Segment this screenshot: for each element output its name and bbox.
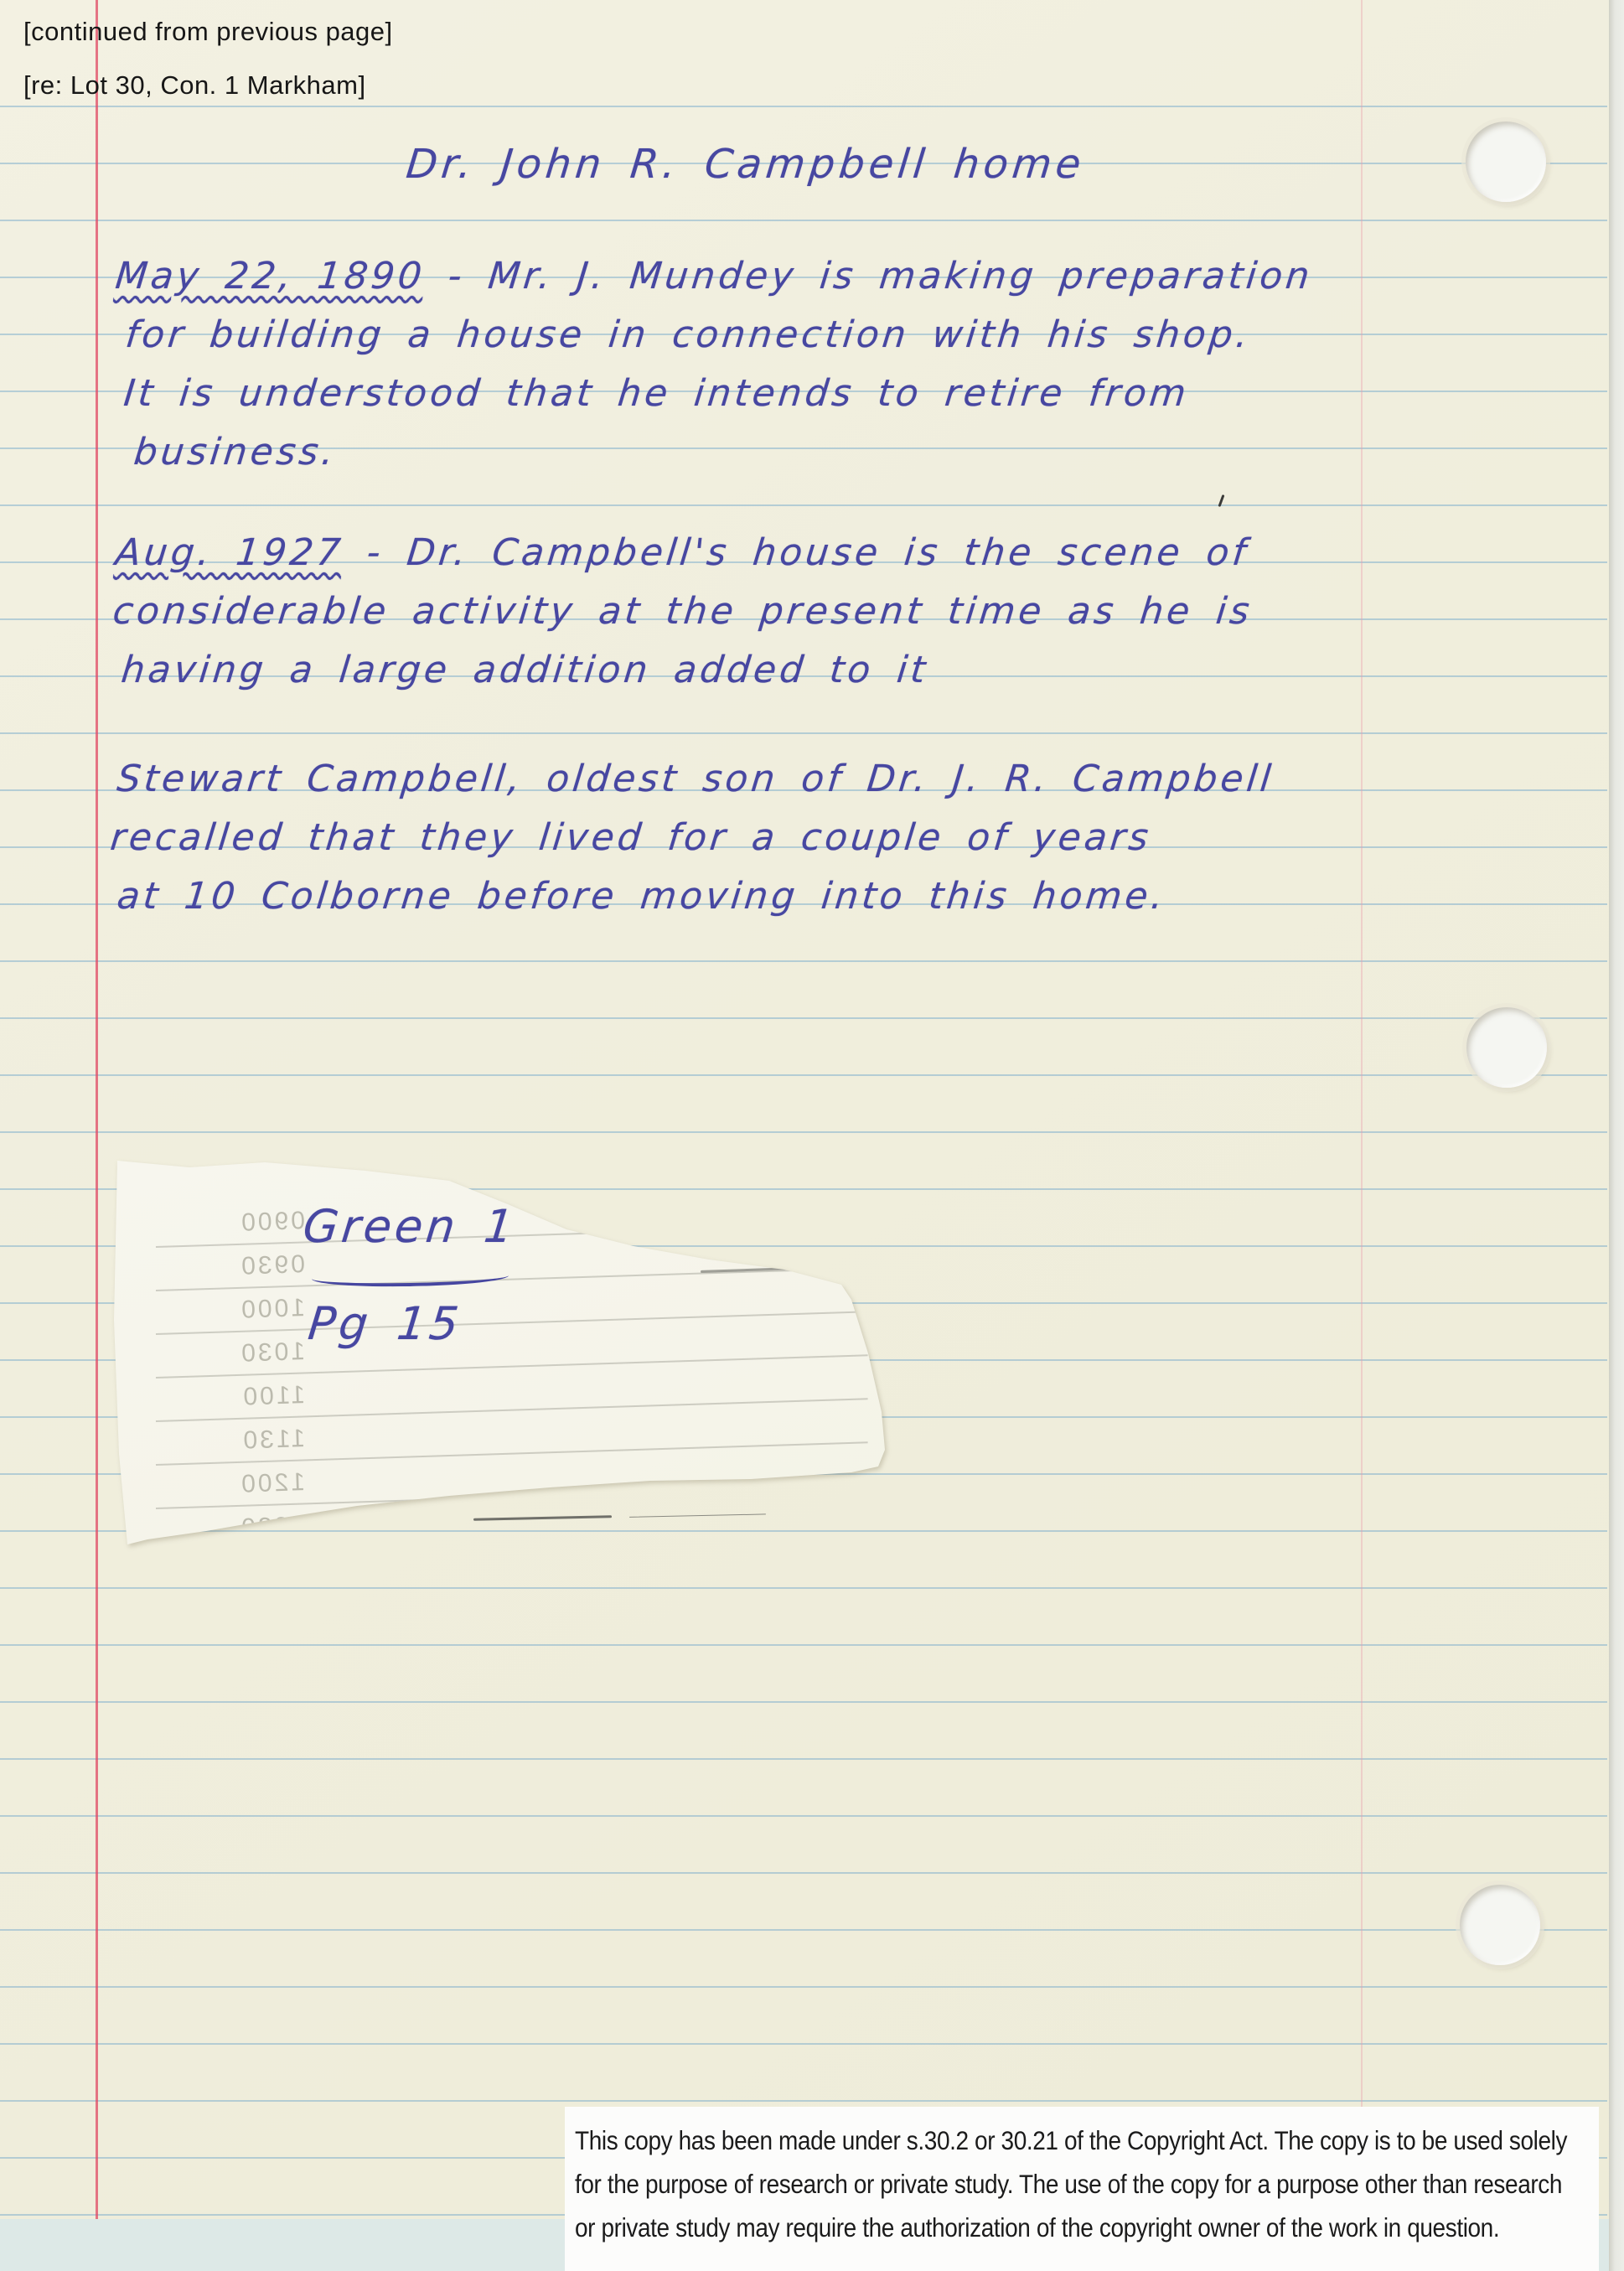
note-label-green: Green 1	[301, 1204, 519, 1249]
mirrored-time: 1100	[162, 1381, 305, 1415]
entry1-date: May 22, 1890	[113, 255, 427, 297]
entry1-line4: business.	[132, 434, 339, 471]
mirrored-time: 0930	[162, 1250, 305, 1284]
copyright-line-1: This copy has been made under s.30.2 or …	[575, 2117, 1599, 2165]
left-margin-line	[96, 0, 98, 2219]
entry2-line3: having a large addition added to it	[120, 652, 931, 689]
right-margin-line	[1361, 0, 1363, 2219]
entry2-line2: considerable activity at the present tim…	[111, 593, 1254, 630]
entry3-line1: Stewart Campbell, oldest son of Dr. J. R…	[116, 761, 1276, 798]
scanned-document-page: [continued from previous page] [re: Lot …	[0, 0, 1624, 2271]
entry3-line2: recalled that they lived for a couple of…	[109, 820, 1154, 856]
punch-hole-top	[1466, 122, 1546, 202]
entry2-line1: Aug. 1927 - Dr. Campbell's house is the …	[114, 535, 1251, 572]
note-page-reference: Pg 15	[306, 1301, 463, 1347]
taped-note-scrap: 0900 0930 1000 1030 1100 1130 1200 1230 …	[114, 1152, 893, 1546]
handwritten-title: Dr. John R. Campbell home	[404, 144, 1087, 184]
entry1-line2: for building a house in connection with …	[124, 317, 1253, 354]
entry2-line1-text: - Dr. Campbell's house is the scene of	[341, 531, 1251, 574]
copyright-line-2: for the purpose of research or private s…	[575, 2160, 1599, 2209]
annotation-lot-reference: [re: Lot 30, Con. 1 Markham]	[23, 70, 366, 101]
entry1-line1-text: - Mr. J. Mundey is making preparation	[422, 255, 1315, 297]
mirrored-time: 1130	[162, 1425, 305, 1458]
entry3-line3: at 10 Colborne before moving into this h…	[116, 878, 1168, 915]
copyright-line-3: or private study may require the authori…	[575, 2204, 1599, 2253]
entry2-date: Aug. 1927	[113, 531, 345, 574]
scanner-background-right	[1609, 0, 1624, 2271]
mirrored-time: 1000	[162, 1294, 305, 1327]
mirrored-time: 0900	[162, 1207, 305, 1240]
mirrored-time: 1200	[162, 1468, 305, 1502]
mirrored-time: 1230	[162, 1512, 305, 1545]
note-label-underline	[312, 1266, 509, 1288]
entry1-line3: It is understood that he intends to reti…	[122, 375, 1192, 412]
punch-hole-bottom	[1460, 1885, 1540, 1965]
torn-paper-shape: 0900 0930 1000 1030 1100 1130 1200 1230 …	[114, 1152, 893, 1546]
punch-hole-middle	[1466, 1007, 1547, 1088]
mirrored-time: 1030	[162, 1337, 305, 1371]
copyright-notice: This copy has been made under s.30.2 or …	[565, 2107, 1599, 2271]
entry1-line1: May 22, 1890 - Mr. J. Mundey is making p…	[114, 258, 1315, 295]
annotation-continued: [continued from previous page]	[23, 17, 393, 47]
